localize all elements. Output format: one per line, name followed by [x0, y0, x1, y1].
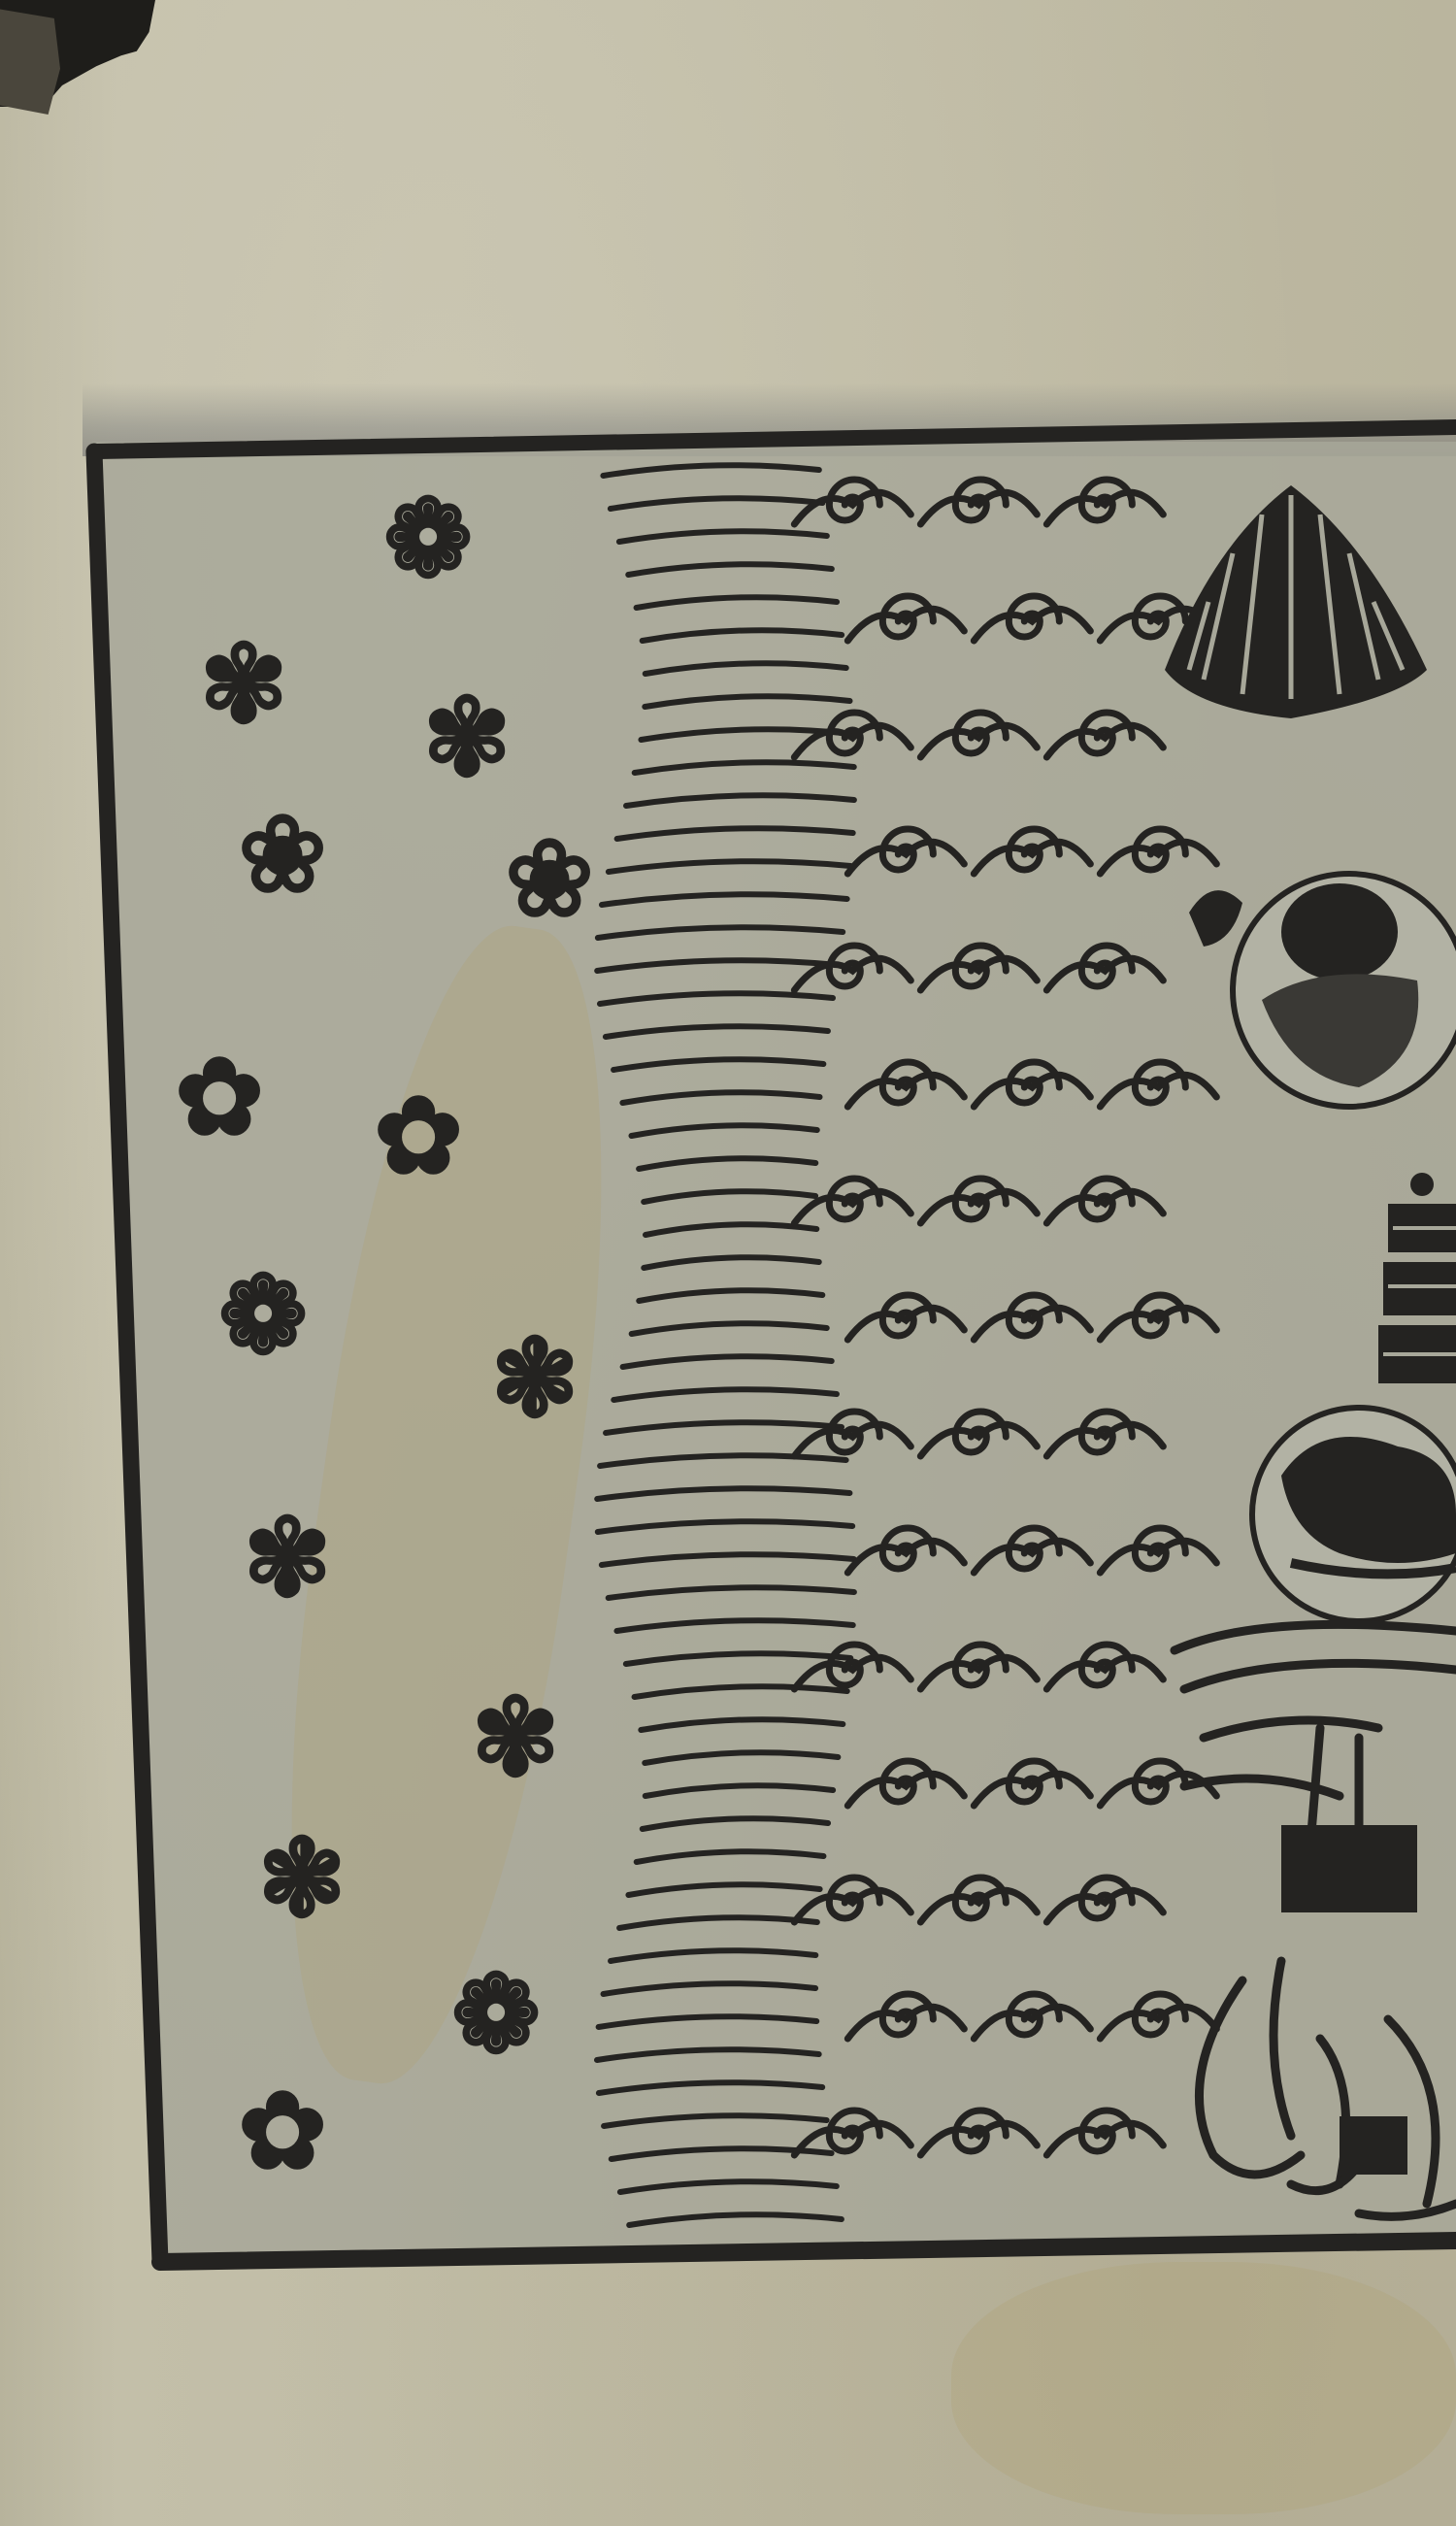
flaming-aureole: [1165, 485, 1427, 718]
ornamental-character: ✿: [175, 1044, 264, 1150]
ornamental-character: ❁: [451, 1961, 541, 2068]
ornamental-character: ✾: [422, 684, 512, 791]
ornamental-character: ❁: [218, 1262, 308, 1369]
cloud-scrolls: [794, 480, 1216, 2155]
deity-head-lower: [1252, 1408, 1456, 1621]
ornamental-character: ✿: [374, 1082, 463, 1189]
ornamental-character: ✿: [238, 2077, 327, 2184]
scanned-page: ✾❀✿❁✾❃✿ ❁✾❀✿❃✾❁ Illustrated page with a …: [0, 0, 1456, 2526]
ornamental-character: ✾: [199, 631, 288, 738]
ornamental-character: ❁: [383, 485, 473, 592]
wave-lines: [597, 465, 854, 2225]
ornamental-character: ✾: [243, 1505, 332, 1612]
deity-head-upper: [1189, 874, 1456, 1107]
ornamental-character: ✾: [471, 1684, 560, 1791]
pagoda: [1378, 1173, 1456, 1383]
ornamental-character: ❃: [490, 1325, 579, 1432]
deity-body-lower: [1175, 1624, 1456, 2216]
ornamental-character: ❃: [257, 1825, 347, 1932]
ornamental-character: ❀: [505, 825, 594, 932]
ornamental-character: ❀: [238, 801, 327, 908]
